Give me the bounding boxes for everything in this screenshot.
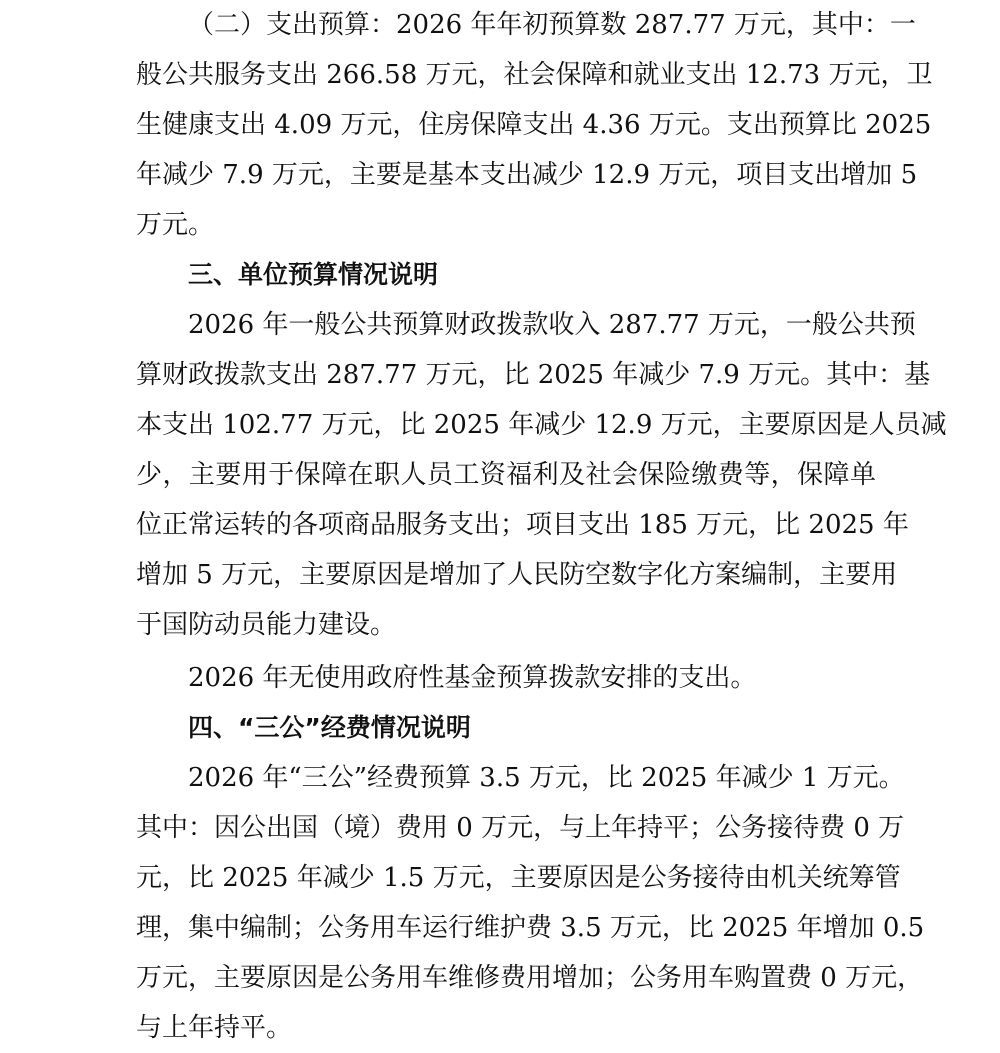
paragraph-line: 2026 年“三公”经费预算 3.5 万元，比 2025 年减少 1 万元。	[188, 753, 876, 803]
section-heading-unit-budget: 三、单位预算情况说明	[188, 250, 876, 300]
paragraph-line: 元，比 2025 年减少 1.5 万元，主要原因是公务接待由机关统筹管	[136, 853, 876, 903]
section-heading-three-public: 四、“三公”经费情况说明	[188, 703, 876, 753]
paragraph-line: 万元，主要原因是公务用车维修费用增加；公务用车购置费 0 万元，	[136, 953, 876, 1003]
paragraph-line: 生健康支出 4.09 万元，住房保障支出 4.36 万元。支出预算比 2025	[136, 100, 876, 150]
paragraph-line: 本支出 102.77 万元，比 2025 年减少 12.9 万元，主要原因是人员…	[136, 400, 876, 450]
paragraph-line: 年减少 7.9 万元，主要是基本支出减少 12.9 万元，项目支出增加 5	[136, 150, 876, 200]
paragraph-line: 2026 年无使用政府性基金预算拨款安排的支出。	[188, 653, 876, 703]
paragraph-line: 增加 5 万元，主要原因是增加了人民防空数字化方案编制，主要用	[136, 550, 876, 600]
paragraph-line: 位正常运转的各项商品服务支出；项目支出 185 万元，比 2025 年	[136, 500, 876, 550]
paragraph-line: 理，集中编制；公务用车运行维护费 3.5 万元，比 2025 年增加 0.5	[136, 903, 876, 953]
paragraph-line: 其中：因公出国（境）费用 0 万元，与上年持平；公务接待费 0 万	[136, 803, 876, 853]
paragraph-line: 2026 年一般公共预算财政拨款收入 287.77 万元，一般公共预	[188, 300, 876, 350]
paragraph-line: 算财政拨款支出 287.77 万元，比 2025 年减少 7.9 万元。其中：基	[136, 350, 876, 400]
paragraph-line: 般公共服务支出 266.58 万元，社会保障和就业支出 12.73 万元，卫	[136, 50, 876, 100]
paragraph-line: 与上年持平。	[136, 1003, 876, 1053]
paragraph-line: （二）支出预算：2026 年年初预算数 287.77 万元，其中：一	[188, 0, 876, 50]
paragraph-line: 少，主要用于保障在职人员工资福利及社会保险缴费等，保障单	[136, 450, 876, 500]
paragraph-line: 于国防动员能力建设。	[136, 600, 876, 650]
paragraph-line: 万元。	[136, 200, 876, 250]
